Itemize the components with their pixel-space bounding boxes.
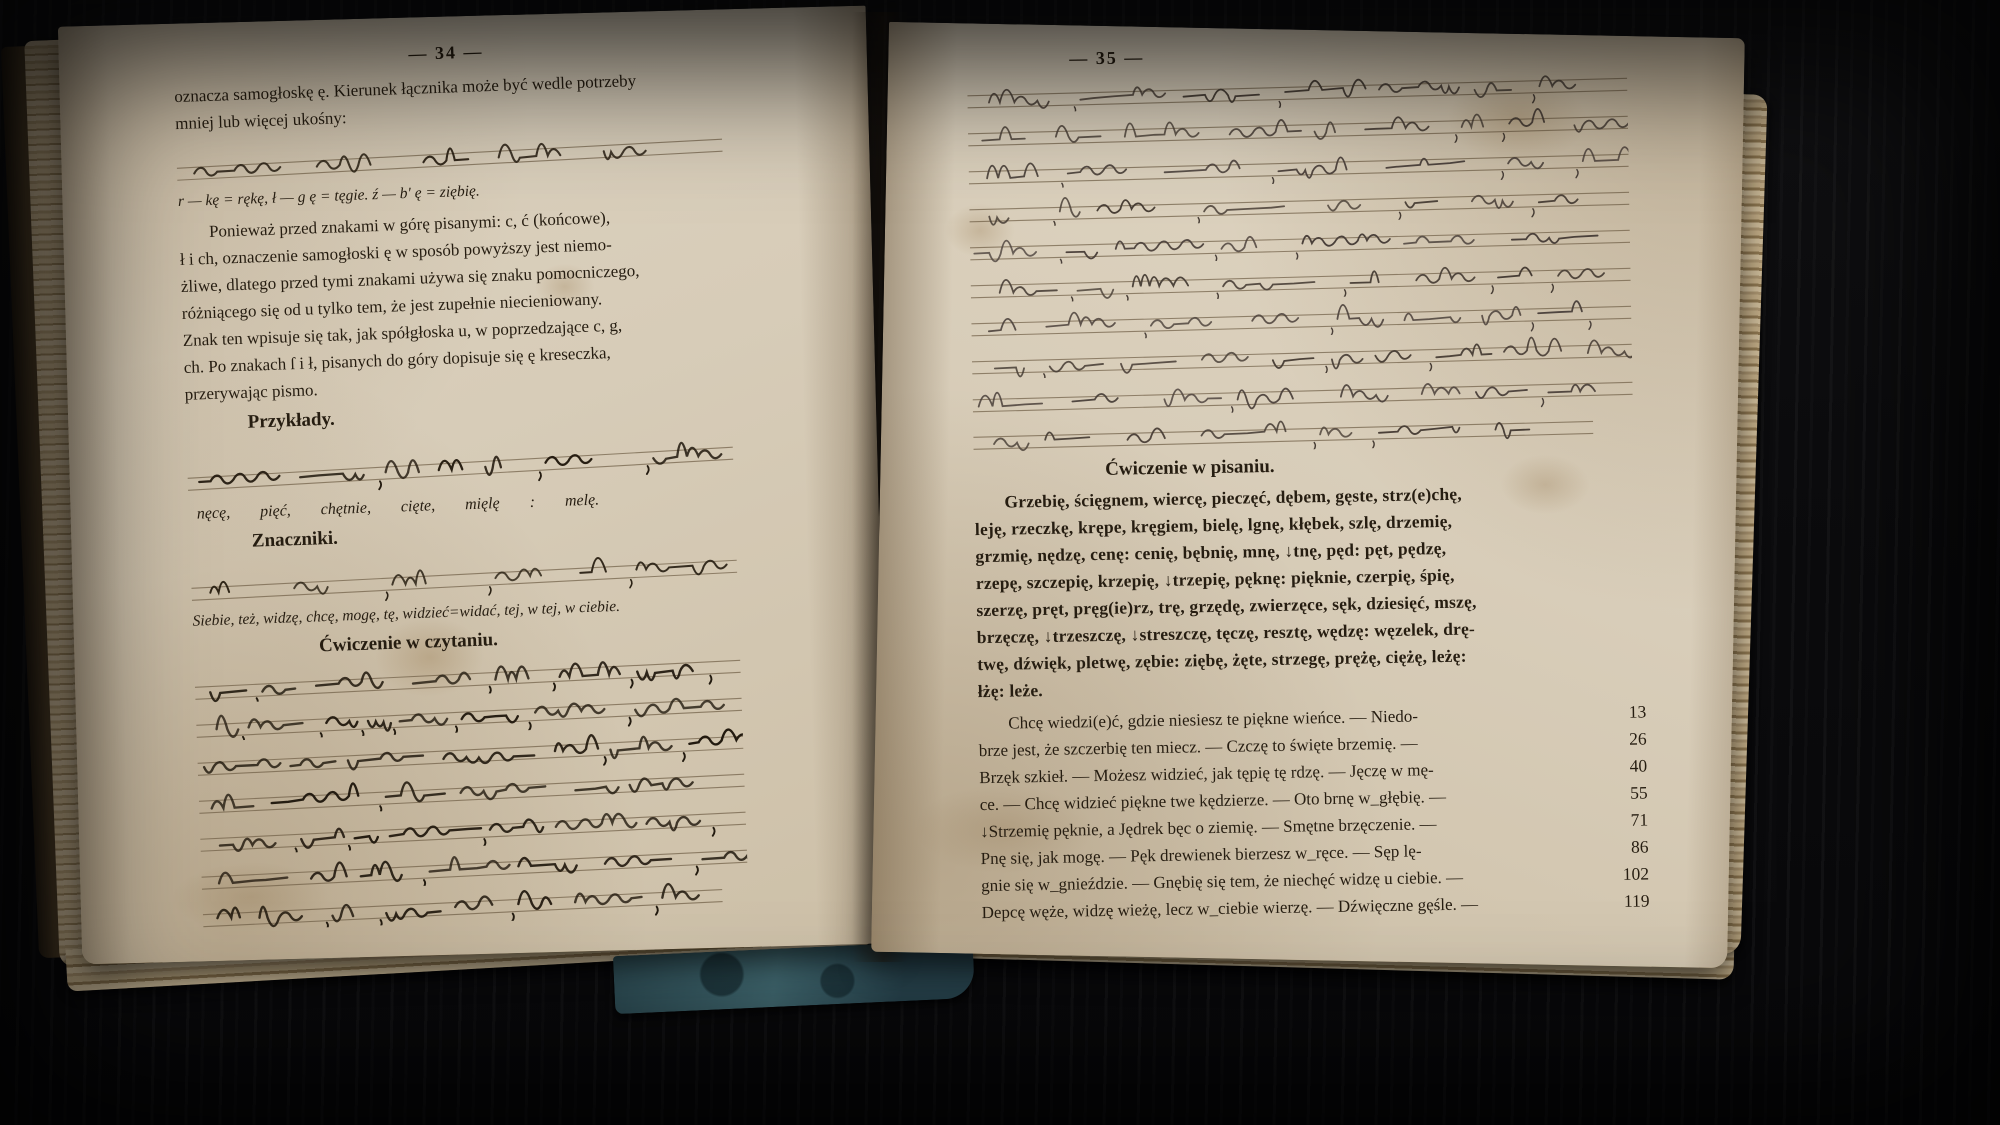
sentence-count: 40	[1601, 752, 1647, 780]
sentence-exercise-list: Chcę wiedzi(e)ć, gdzie niesiesz te piękn…	[978, 699, 1650, 927]
book-page-35: — 35 — Ćwiczenie w pisaniu. Grzebię, ści…	[871, 22, 1745, 968]
open-book: — 34 — oznacza samogłoskę ę. Kierunek łą…	[14, 2, 1774, 1082]
sentence-count: 55	[1601, 779, 1647, 807]
sentence-count: 119	[1603, 887, 1649, 915]
shorthand-reading-exercise	[194, 647, 749, 932]
handwritten-shorthand-block	[967, 64, 1642, 456]
sentence-count: 86	[1602, 833, 1648, 861]
page-number-35: — 35 —	[1007, 46, 1207, 70]
word-list: Grzebię, ścięgnem, wiercę, pieczęć, dębe…	[974, 478, 1646, 706]
paragraph-poniewaz: Ponieważ przed znakami w górę pisanymi: …	[179, 200, 731, 408]
page-34-content: — 34 — oznacza samogłoskę ę. Kierunek łą…	[173, 33, 749, 932]
sentence-count: 26	[1600, 725, 1646, 753]
sentence-count: 71	[1602, 806, 1648, 834]
page-35-content: — 35 — Ćwiczenie w pisaniu. Grzebię, ści…	[967, 39, 1650, 927]
photo-scene: — 34 — oznacza samogłoskę ę. Kierunek łą…	[0, 0, 2000, 1125]
sentence-count: 13	[1600, 699, 1646, 727]
book-page-34: — 34 — oznacza samogłoskę ę. Kierunek łą…	[58, 6, 890, 965]
heading-cwiczenie-pisanie: Ćwiczenie w pisaniu.	[856, 452, 1524, 486]
sentence-count: 102	[1603, 860, 1649, 888]
